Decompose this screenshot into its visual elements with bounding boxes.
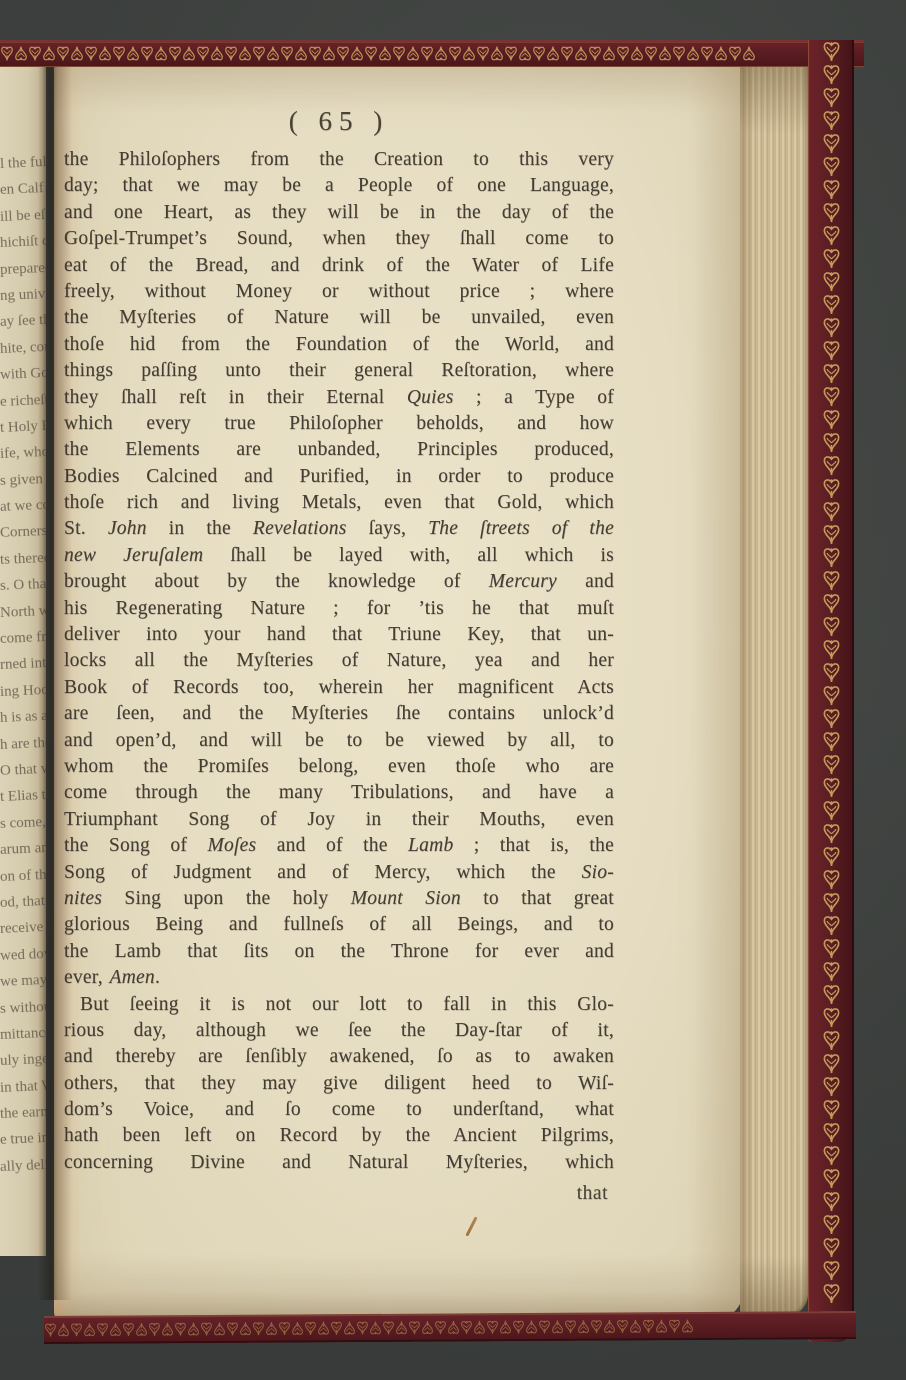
palmette-heart-icon bbox=[182, 45, 196, 62]
palmette-heart-icon bbox=[822, 500, 841, 523]
facing-page-text-fragment: e true interp bbox=[0, 1125, 46, 1153]
palmette-heart-icon bbox=[574, 45, 588, 62]
palmette-heart-icon bbox=[658, 45, 672, 62]
text-segment: Song of Judgment and of Mercy, which the bbox=[64, 862, 582, 883]
palmette-heart-icon bbox=[822, 753, 841, 776]
text-line: and one Heart, as they will be in the da… bbox=[64, 200, 614, 226]
palmette-heart-icon bbox=[630, 45, 644, 62]
palmette-heart-icon bbox=[168, 45, 182, 62]
text-segment: Bodies Calcined and Purified, in order t… bbox=[64, 466, 614, 487]
palmette-heart-icon bbox=[822, 1006, 841, 1029]
text-segment: the Song of bbox=[64, 835, 207, 856]
palmette-heart-icon bbox=[822, 1075, 841, 1098]
text-segment: Book of Records too, wherein her magnifi… bbox=[64, 677, 614, 698]
palmette-heart-icon bbox=[70, 45, 84, 62]
palmette-heart-icon bbox=[564, 1319, 577, 1335]
text-segment: to that great bbox=[461, 888, 614, 909]
italic-text-segment: Quies bbox=[407, 387, 454, 408]
text-line: and thereby are ſenſibly awakened, ſo as… bbox=[64, 1044, 614, 1070]
text-line: Goſpel-Trumpet’s Sound, when they ſhall … bbox=[64, 226, 614, 252]
facing-page-text-fragment: od, that we bbox=[0, 888, 46, 916]
text-segment: in the bbox=[147, 518, 253, 539]
palmette-heart-icon bbox=[70, 1322, 83, 1338]
facing-page-text-fragment: s given wit bbox=[0, 466, 46, 494]
text-line: rious day, although we ſee the Day-ſtar … bbox=[64, 1018, 614, 1044]
text-line: freely, without Money or without price ;… bbox=[64, 279, 614, 305]
text-segment: which every true Philoſopher beholds, an… bbox=[64, 413, 614, 434]
palmette-heart-icon bbox=[278, 1320, 291, 1336]
palmette-heart-icon bbox=[822, 132, 841, 155]
palmette-heart-icon bbox=[822, 661, 841, 684]
palmette-heart-icon bbox=[822, 339, 841, 362]
palmette-heart-icon bbox=[109, 1322, 122, 1338]
italic-text-segment: new Jeruſalem bbox=[64, 545, 203, 566]
palmette-heart-icon bbox=[822, 937, 841, 960]
text-segment: are ſeen, and the Myſteries ſhe contains… bbox=[64, 703, 614, 724]
palmette-heart-icon bbox=[686, 45, 700, 62]
palmette-heart-icon bbox=[822, 569, 841, 592]
text-line: his Regenerating Nature ; for ’tis he th… bbox=[64, 596, 614, 622]
palmette-heart-icon bbox=[822, 247, 841, 270]
text-line: the Myſteries of Nature will be unvailed… bbox=[64, 305, 614, 331]
palmette-heart-icon bbox=[266, 45, 280, 62]
text-segment: Goſpel-Trumpet’s Sound, when they ſhall … bbox=[64, 228, 614, 249]
palmette-heart-icon bbox=[434, 45, 448, 62]
facing-page-text-fragment: Corners o bbox=[0, 518, 46, 546]
palmette-heart-icon bbox=[822, 1098, 841, 1121]
palmette-heart-icon bbox=[822, 40, 841, 63]
palmette-heart-icon bbox=[546, 45, 560, 62]
palmette-heart-icon bbox=[822, 891, 841, 914]
facing-page-text-fragment: ife, whole bbox=[0, 439, 46, 467]
palmette-heart-icon bbox=[616, 45, 630, 62]
palmette-heart-icon bbox=[369, 1320, 382, 1336]
palmette-heart-icon bbox=[822, 477, 841, 500]
text-line: the Lamb that ſits on the Throne for eve… bbox=[64, 939, 614, 965]
palmette-heart-icon bbox=[822, 1282, 841, 1305]
palmette-heart-icon bbox=[0, 45, 14, 62]
palmette-heart-icon bbox=[448, 45, 462, 62]
text-line: nites Sing upon the holy Mount Sion to t… bbox=[64, 886, 614, 912]
palmette-heart-icon bbox=[14, 45, 28, 62]
palmette-heart-icon bbox=[252, 45, 266, 62]
palmette-heart-icon bbox=[122, 1321, 135, 1337]
palmette-heart-icon bbox=[499, 1319, 512, 1335]
facing-page-text-fragment: hite, come bbox=[0, 334, 46, 362]
text-segment: hath been left on Record by the Ancient … bbox=[64, 1125, 614, 1146]
palmette-heart-icon bbox=[822, 1259, 841, 1282]
palmette-heart-icon bbox=[822, 316, 841, 339]
palmette-heart-icon bbox=[57, 1322, 70, 1338]
palmette-heart-icon bbox=[226, 1321, 239, 1337]
palmette-heart-icon bbox=[126, 45, 140, 62]
palmette-heart-icon bbox=[822, 684, 841, 707]
facing-page-text-fragment: s without O bbox=[0, 994, 46, 1022]
palmette-heart-icon bbox=[210, 45, 224, 62]
text-segment: the Elements are unbanded, Principles pr… bbox=[64, 439, 614, 460]
palmette-heart-icon bbox=[822, 293, 841, 316]
palmette-heart-icon bbox=[822, 454, 841, 477]
italic-text-segment: Mercury bbox=[489, 571, 557, 592]
text-line: come through the many Tribulations, and … bbox=[64, 780, 614, 806]
palmette-heart-icon bbox=[822, 408, 841, 431]
text-segment: dom’s Voice, and ſo come to underſtand, … bbox=[64, 1099, 614, 1120]
facing-page-text-fragment: O that we bbox=[0, 756, 46, 784]
text-line: the Philoſophers from the Creation to th… bbox=[64, 147, 614, 173]
palmette-heart-icon bbox=[668, 1318, 681, 1334]
palmette-heart-icon bbox=[822, 1190, 841, 1213]
palmette-heart-icon bbox=[655, 1318, 668, 1334]
palmette-heart-icon bbox=[364, 45, 378, 62]
facing-page-text-fragment: mittance in bbox=[0, 1020, 46, 1048]
text-line: they ſhall reſt in their Eternal Quies ;… bbox=[64, 385, 614, 411]
italic-text-segment: The ſtreets of the bbox=[428, 518, 614, 539]
facing-page-text-fragment: North was bbox=[0, 598, 46, 626]
palmette-heart-icon bbox=[356, 1320, 369, 1336]
text-segment: ſays, bbox=[347, 518, 428, 539]
gilt-border-bottom bbox=[44, 1311, 856, 1344]
facing-page-text-fragment: s come, as I bbox=[0, 809, 46, 837]
facing-page-text-fragment: s. O tha bbox=[0, 571, 46, 599]
text-segment: and bbox=[557, 571, 614, 592]
palmette-heart-icon bbox=[672, 45, 686, 62]
palmette-heart-icon bbox=[700, 45, 714, 62]
text-line: Song of Judgment and of Mercy, which the… bbox=[64, 860, 614, 886]
palmette-heart-icon bbox=[83, 1322, 96, 1338]
palmette-heart-icon bbox=[447, 1319, 460, 1335]
text-line: St. John in the Revelations ſays, The ſt… bbox=[64, 516, 614, 542]
palmette-heart-icon bbox=[317, 1320, 330, 1336]
palmette-heart-icon bbox=[406, 45, 420, 62]
palmette-heart-icon bbox=[265, 1321, 278, 1337]
text-line: locks all the Myſteries of Nature, yea a… bbox=[64, 648, 614, 674]
text-segment: glorious Being and fullneſs of all Being… bbox=[64, 914, 614, 935]
text-line: the Elements are unbanded, Principles pr… bbox=[64, 437, 614, 463]
text-segment: eat of the Bread, and drink of the Water… bbox=[64, 255, 614, 276]
text-segment: brought about by the knowledge of bbox=[64, 571, 489, 592]
text-segment: But ſeeing it is not our lott to fall in… bbox=[80, 994, 614, 1015]
palmette-heart-icon bbox=[343, 1320, 356, 1336]
palmette-heart-icon bbox=[822, 1144, 841, 1167]
text-segment: the Philoſophers from the Creation to th… bbox=[64, 149, 614, 170]
italic-text-segment: Amen bbox=[110, 967, 155, 988]
palmette-heart-icon bbox=[518, 45, 532, 62]
text-line: ever, Amen. bbox=[64, 965, 614, 991]
text-line: Bodies Calcined and Purified, in order t… bbox=[64, 464, 614, 490]
palmette-heart-icon bbox=[490, 45, 504, 62]
text-line: glorious Being and fullneſs of all Being… bbox=[64, 912, 614, 938]
palmette-heart-icon bbox=[551, 1319, 564, 1335]
facing-page-text-fragment: ng univerſa bbox=[0, 281, 46, 309]
palmette-heart-icon bbox=[350, 45, 364, 62]
palmette-heart-icon bbox=[161, 1321, 174, 1337]
palmette-heart-icon bbox=[512, 1319, 525, 1335]
text-line: new Jeruſalem ſhall be layed with, all w… bbox=[64, 543, 614, 569]
palmette-heart-icon bbox=[187, 1321, 200, 1337]
text-segment: they ſhall reſt in their Eternal bbox=[64, 387, 407, 408]
facing-page-text-fragment: prepared for bbox=[0, 255, 46, 283]
text-segment: Sing upon the holy bbox=[102, 888, 351, 909]
palmette-heart-icon bbox=[642, 1318, 655, 1334]
palmette-heart-icon bbox=[822, 799, 841, 822]
palmette-heart-icon bbox=[148, 1321, 161, 1337]
facing-page-text-fragment: the earneſt bbox=[0, 1099, 46, 1127]
facing-page-text-fragment: in that Wi bbox=[0, 1073, 46, 1101]
palmette-heart-icon bbox=[822, 362, 841, 385]
text-line: Triumphant Song of Joy in their Mouths, … bbox=[64, 807, 614, 833]
palmette-heart-icon bbox=[822, 270, 841, 293]
facing-page-text-fragment: uly ingeniou bbox=[0, 1046, 46, 1074]
facing-page-text-fragment: we may n bbox=[0, 967, 46, 995]
palmette-heart-icon bbox=[525, 1319, 538, 1335]
text-segment: the Lamb that ſits on the Throne for eve… bbox=[64, 941, 614, 962]
text-line: things paſſing unto their general Reſtor… bbox=[64, 358, 614, 384]
palmette-heart-icon bbox=[822, 109, 841, 132]
palmette-heart-icon bbox=[294, 45, 308, 62]
palmette-heart-icon bbox=[822, 1121, 841, 1144]
palmette-heart-icon bbox=[44, 1322, 57, 1338]
text-segment: and open’d, and will be to be viewed by … bbox=[64, 730, 614, 751]
palmette-heart-icon bbox=[532, 45, 546, 62]
italic-text-segment: Mount Sion bbox=[351, 888, 461, 909]
palmette-heart-icon bbox=[822, 615, 841, 638]
text-segment: the Myſteries of Nature will be unvailed… bbox=[64, 307, 614, 328]
pen-mark bbox=[465, 1216, 477, 1236]
text-line: deliver into your hand that Triune Key, … bbox=[64, 622, 614, 648]
palmette-heart-icon bbox=[728, 45, 742, 62]
palmette-heart-icon bbox=[224, 45, 238, 62]
palmette-heart-icon bbox=[822, 868, 841, 891]
palmette-heart-icon bbox=[98, 45, 112, 62]
page-fore-edge bbox=[740, 64, 808, 1316]
page-number: ( 65 ) bbox=[64, 106, 614, 137]
palmette-heart-icon bbox=[629, 1318, 642, 1334]
text-segment: St. bbox=[64, 518, 108, 539]
palmette-heart-icon bbox=[322, 45, 336, 62]
palmette-heart-icon bbox=[382, 1320, 395, 1336]
palmette-heart-icon bbox=[822, 1167, 841, 1190]
facing-page-text-fragment: ay ſee the bbox=[0, 307, 46, 335]
palmette-heart-icon bbox=[28, 45, 42, 62]
palmette-heart-icon bbox=[603, 1319, 616, 1335]
text-line: But ſeeing it is not our lott to fall in… bbox=[64, 992, 614, 1018]
text-segment: rious day, although we ſee the Day-ſtar … bbox=[64, 1020, 614, 1041]
palmette-heart-icon bbox=[577, 1319, 590, 1335]
facing-page-text-fragment: hichiſt daſh’d bbox=[0, 228, 46, 256]
text-segment: come through the many Tribulations, and … bbox=[64, 782, 614, 803]
palmette-heart-icon bbox=[822, 707, 841, 730]
palmette-heart-icon bbox=[822, 1236, 841, 1259]
palmette-heart-icon bbox=[822, 546, 841, 569]
palmette-heart-icon bbox=[486, 1319, 499, 1335]
italic-text-segment: nites bbox=[64, 888, 102, 909]
text-line: the Song of Moſes and of the Lamb ; that… bbox=[64, 833, 614, 859]
palmette-heart-icon bbox=[822, 960, 841, 983]
palmette-heart-icon bbox=[822, 523, 841, 546]
gilt-border-right bbox=[808, 40, 854, 1342]
italic-text-segment: Revelations bbox=[253, 518, 347, 539]
text-segment: concerning Divine and Natural Myſteries,… bbox=[64, 1152, 614, 1173]
palmette-heart-icon bbox=[681, 1318, 694, 1334]
facing-page-text-fragment: ing Hooks, bbox=[0, 677, 46, 705]
palmette-heart-icon bbox=[822, 178, 841, 201]
palmette-heart-icon bbox=[280, 45, 294, 62]
palmette-heart-icon bbox=[291, 1320, 304, 1336]
palmette-heart-icon bbox=[822, 822, 841, 845]
palmette-heart-icon bbox=[822, 224, 841, 247]
text-segment: and one Heart, as they will be in the da… bbox=[64, 202, 614, 223]
palmette-heart-icon bbox=[174, 1321, 187, 1337]
palmette-heart-icon bbox=[822, 155, 841, 178]
palmette-heart-icon bbox=[822, 1052, 841, 1075]
palmette-heart-icon bbox=[822, 592, 841, 615]
palmette-heart-icon bbox=[822, 201, 841, 224]
facing-page-text-fragment: wed down S bbox=[0, 941, 46, 969]
palmette-heart-icon bbox=[822, 1213, 841, 1236]
text-line: whom the Promiſes belong, even thoſe who… bbox=[64, 754, 614, 780]
facing-page-text-fragment: t Holy Riv bbox=[0, 413, 46, 441]
text-line: eat of the Bread, and drink of the Water… bbox=[64, 253, 614, 279]
text-line: dom’s Voice, and ſo come to underſtand, … bbox=[64, 1097, 614, 1123]
palmette-heart-icon bbox=[504, 45, 518, 62]
text-segment: locks all the Myſteries of Nature, yea a… bbox=[64, 650, 614, 671]
palmette-heart-icon bbox=[462, 45, 476, 62]
palmette-heart-icon bbox=[822, 1029, 841, 1052]
text-segment: things paſſing unto their general Reſtor… bbox=[64, 360, 614, 381]
text-line: Book of Records too, wherein her magnifi… bbox=[64, 675, 614, 701]
catchword: that bbox=[64, 1183, 614, 1205]
palmette-heart-icon bbox=[590, 1319, 603, 1335]
palmette-heart-icon bbox=[822, 86, 841, 109]
palmette-heart-icon bbox=[460, 1319, 473, 1335]
facing-page-edge: l the fulleſen Calf ſhaill be eſteehichi… bbox=[0, 64, 46, 1256]
palmette-heart-icon bbox=[822, 385, 841, 408]
text-line: hath been left on Record by the Ancient … bbox=[64, 1123, 614, 1149]
palmette-heart-icon bbox=[252, 1321, 265, 1337]
text-line: thoſe hid from the Foundation of the Wor… bbox=[64, 332, 614, 358]
italic-text-segment: John bbox=[108, 518, 147, 539]
photo-background: l the fulleſen Calf ſhaill be eſteehichi… bbox=[0, 0, 906, 1380]
text-segment: thoſe hid from the Foundation of the Wor… bbox=[64, 334, 614, 355]
palmette-heart-icon bbox=[238, 45, 252, 62]
palmette-heart-icon bbox=[822, 845, 841, 868]
text-line: which every true Philoſopher beholds, an… bbox=[64, 411, 614, 437]
palmette-heart-icon bbox=[408, 1320, 421, 1336]
facing-page-text-fragment: come free bbox=[0, 624, 46, 652]
text-line: thoſe rich and living Metals, even that … bbox=[64, 490, 614, 516]
facing-page-text-fragment: ill be eſtee bbox=[0, 202, 46, 230]
palmette-heart-icon bbox=[822, 638, 841, 661]
palmette-heart-icon bbox=[588, 45, 602, 62]
text-line: concerning Divine and Natural Myſteries,… bbox=[64, 1150, 614, 1176]
palmette-heart-icon bbox=[96, 1322, 109, 1338]
palmette-heart-icon bbox=[473, 1319, 486, 1335]
palmette-heart-icon bbox=[42, 45, 56, 62]
palmette-heart-icon bbox=[822, 730, 841, 753]
text-segment: . bbox=[155, 967, 160, 988]
text-segment: ſhall be layed with, all which is bbox=[203, 545, 614, 566]
palmette-heart-icon bbox=[56, 45, 70, 62]
facing-page-text-fragment: arum and ſo bbox=[0, 835, 46, 863]
palmette-heart-icon bbox=[822, 776, 841, 799]
text-segment: and thereby are ſenſibly awakened, ſo as… bbox=[64, 1046, 614, 1067]
text-segment: and of the bbox=[256, 835, 408, 856]
palmette-heart-icon bbox=[822, 63, 841, 86]
palmette-heart-icon bbox=[239, 1321, 252, 1337]
palmette-heart-icon bbox=[822, 914, 841, 937]
text-segment: whom the Promiſes belong, even thoſe who… bbox=[64, 756, 614, 777]
text-segment: his Regenerating Nature ; for ’tis he th… bbox=[64, 598, 614, 619]
palmette-heart-icon bbox=[392, 45, 406, 62]
text-line: and open’d, and will be to be viewed by … bbox=[64, 728, 614, 754]
palmette-heart-icon bbox=[84, 45, 98, 62]
palmette-heart-icon bbox=[434, 1320, 447, 1336]
facing-page-text-fragment: h are the bbox=[0, 730, 46, 758]
palmette-heart-icon bbox=[822, 431, 841, 454]
palmette-heart-icon bbox=[378, 45, 392, 62]
book-page: ( 65 ) the Philoſophers from the Creatio… bbox=[54, 64, 744, 1322]
palmette-heart-icon bbox=[336, 45, 350, 62]
palmette-heart-icon bbox=[135, 1321, 148, 1337]
text-segment: others, that they may give diligent heed… bbox=[64, 1073, 614, 1094]
gilt-border-top bbox=[0, 40, 864, 67]
italic-text-segment: Sio- bbox=[582, 862, 614, 883]
palmette-heart-icon bbox=[304, 1320, 317, 1336]
palmette-heart-icon bbox=[395, 1320, 408, 1336]
palmette-heart-icon bbox=[560, 45, 574, 62]
facing-page-text-fragment: e richeſt St bbox=[0, 387, 46, 415]
text-segment: day; that we may be a People of one Lang… bbox=[64, 175, 614, 196]
text-segment: Triumphant Song of Joy in their Mouths, … bbox=[64, 809, 614, 830]
text-line: are ſeen, and the Myſteries ſhe contains… bbox=[64, 701, 614, 727]
italic-text-segment: Lamb bbox=[408, 835, 453, 856]
palmette-heart-icon bbox=[112, 45, 126, 62]
facing-page-text-fragment: t Elias the bbox=[0, 782, 46, 810]
palmette-heart-icon bbox=[330, 1320, 343, 1336]
italic-text-segment: Moſes bbox=[207, 835, 256, 856]
text-line: brought about by the knowledge of Mercur… bbox=[64, 569, 614, 595]
palmette-heart-icon bbox=[742, 45, 756, 62]
palmette-heart-icon bbox=[213, 1321, 226, 1337]
facing-page-text-fragment: h is as a ſ bbox=[0, 703, 46, 731]
facing-page-text-fragment: on of the W bbox=[0, 862, 46, 890]
palmette-heart-icon bbox=[476, 45, 490, 62]
text-segment: freely, without Money or without price ;… bbox=[64, 281, 614, 302]
facing-page-text-fragment: receive this bbox=[0, 914, 46, 942]
palmette-heart-icon bbox=[140, 45, 154, 62]
palmette-heart-icon bbox=[644, 45, 658, 62]
facing-page-text-fragment: en Calf ſha bbox=[0, 175, 46, 203]
palmette-heart-icon bbox=[200, 1321, 213, 1337]
facing-page-text-fragment: with Gold i bbox=[0, 360, 46, 388]
palmette-heart-icon bbox=[420, 45, 434, 62]
text-segment: ; a Type of bbox=[454, 387, 614, 408]
palmette-heart-icon bbox=[714, 45, 728, 62]
text-line: others, that they may give diligent heed… bbox=[64, 1071, 614, 1097]
palmette-heart-icon bbox=[196, 45, 210, 62]
palmette-heart-icon bbox=[602, 45, 616, 62]
palmette-heart-icon bbox=[822, 983, 841, 1006]
text-segment: deliver into your hand that Triune Key, … bbox=[64, 624, 614, 645]
text-segment: ever, bbox=[64, 967, 110, 988]
palmette-heart-icon bbox=[308, 45, 322, 62]
text-segment: thoſe rich and living Metals, even that … bbox=[64, 492, 614, 513]
text-segment: ; that is, the bbox=[453, 835, 614, 856]
palmette-heart-icon bbox=[154, 45, 168, 62]
page-text: the Philoſophers from the Creation to th… bbox=[64, 147, 614, 1176]
facing-page-text-fragment: at we coul bbox=[0, 492, 46, 520]
facing-page-text-fragment: rned into bbox=[0, 650, 46, 678]
